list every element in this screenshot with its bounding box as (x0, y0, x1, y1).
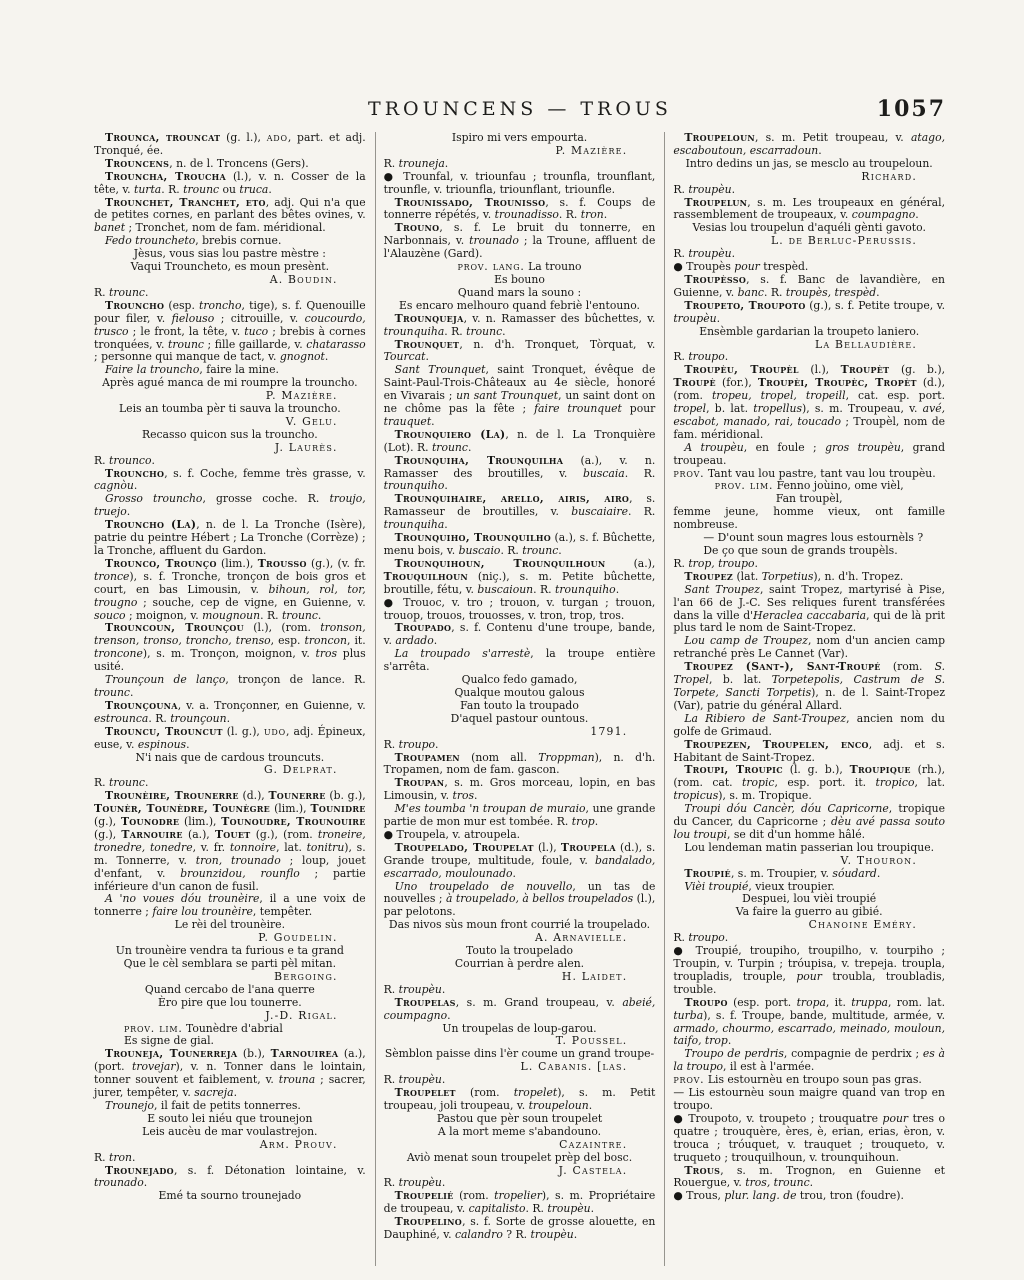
entry-paragraph: Troupado, s. f. Contenu d'une troupe, ba… (384, 622, 656, 648)
entry-paragraph: Troupeto, Troupoto (g.), s. f. Petite tr… (673, 300, 945, 326)
entry-paragraph: Trounquiha, Trounquilha (a.), v. n. Rama… (384, 455, 656, 494)
note-paragraph: ● Trouoc, v. tro ; trouon, v. turgan ; t… (384, 597, 656, 623)
entry-paragraph: Trounquihoun, Trounquilhoun (a.), Trouqu… (384, 558, 656, 597)
entry-paragraph: Trounquet, n. d'h. Tronquet, Tòrquat, v.… (384, 339, 656, 365)
entry-paragraph: Uno troupelado de nouvello, un tas de no… (384, 881, 656, 920)
entry-paragraph: Trous, s. m. Trognon, en Guienne et Roue… (673, 1165, 945, 1191)
attribution: Bergoing. (94, 971, 366, 984)
entry-paragraph: M'es toumba 'n troupan de muraio, une gr… (384, 803, 656, 829)
entry-paragraph: Trouno, s. f. Le bruit du tonnerre, en N… (384, 222, 656, 261)
verse-quote: Qualco fedo gamado, Qualque moutou galou… (384, 674, 656, 726)
entry-paragraph: Trounçoun de lanço, tronçon de lance. R.… (94, 674, 366, 700)
entry-paragraph: Trounca, trouncat (g. l.), ado, part. et… (94, 132, 366, 158)
note-paragraph: femme jeune, homme vieux, ont famille no… (673, 506, 945, 532)
entry-paragraph: Sant Troupez, saint Tropez, martyrisé à … (673, 584, 945, 636)
entry-paragraph: Trounçouna, v. a. Tronçonner, en Guienne… (94, 700, 366, 726)
dictionary-page: TROUNCENS — TROUS 1057 Trounca, trouncat… (0, 0, 1024, 1280)
entry-paragraph: La Ribiero de Sant-Troupez, ancien nom d… (673, 713, 945, 739)
proverb-block: prov. lim. Tounèdre d'abrial Es signe de… (124, 1023, 366, 1049)
verse-quote: Emé ta sourno trounejado (94, 1190, 366, 1203)
entry-paragraph: Trounèire, Trounerre (d.), Tounerre (b. … (94, 790, 366, 893)
entry-paragraph: Troupelas, s. m. Grand troupeau, v. abei… (384, 997, 656, 1023)
note-paragraph: ● Troupié, troupiho, troupilho, v. tourp… (673, 945, 945, 997)
verse-quote: Un trounèire vendra ta furious e ta gran… (94, 945, 366, 971)
verse-quote: Pastou que pèr soun troupelet A la mort … (384, 1113, 656, 1139)
entry-paragraph: Troupo (esp. port. tropa, it. truppa, ro… (673, 997, 945, 1049)
entry-paragraph: Troupelié (rom. tropelier), s. m. Propri… (384, 1190, 656, 1216)
entry-paragraph: Trouncoun, Trounçou (l.), (rom. tronson,… (94, 622, 366, 674)
entry-paragraph: Troupez (Sant-), Sant-Troupé (rom. S. Tr… (673, 661, 945, 713)
note-paragraph: ● Trous, plur. lang. de trou, tron (foud… (673, 1190, 945, 1203)
verse-quote: E souto lei niéu que trounejon Leis aucè… (94, 1113, 366, 1139)
column-left: Trounca, trouncat (g. l.), ado, part. et… (86, 132, 375, 1266)
entry-paragraph: Trounejo, il fait de petits tonnerres. (94, 1100, 366, 1113)
entry-paragraph: Trounquiho, Trounquilho (a.), s. f. Bûch… (384, 532, 656, 558)
verse-quote: Despuei, lou vièi troupié Va faire la gu… (673, 893, 945, 919)
attribution: Arm. Prouv. (94, 1139, 366, 1152)
verse-quote: Ensèmble gardarian la troupeto laniero. (673, 326, 945, 339)
entry-paragraph: Trounquihaire, arello, airis, airo, s. R… (384, 493, 656, 532)
column-right: Troupeloun, s. m. Petit troupeau, v. ata… (664, 132, 954, 1266)
entry-paragraph: Trounejado, s. f. Détonation lointaine, … (94, 1165, 366, 1191)
verse-quote: prov. lim. Fenno joùino, ome vièl, Fan t… (673, 480, 945, 506)
entry-paragraph: Troupan, s. m. Gros morceau, lopin, en b… (384, 777, 656, 803)
verse-quote: Recasso quicon sus la trouncho. (94, 429, 366, 442)
note-paragraph: ● Troupoto, v. troupeto ; trouquatre pou… (673, 1113, 945, 1165)
entry-paragraph: Troupamen (nom all. Troppman), n. d'h. T… (384, 752, 656, 778)
entry-paragraph: Trouneja, Tounerreja (b.), Tarnouirea (a… (94, 1048, 366, 1100)
entry-paragraph: Trounqueja, v. n. Ramasser des bûchettes… (384, 313, 656, 339)
entry-paragraph: Trounissado, Trounisso, s. f. Coups de t… (384, 197, 656, 223)
attribution: Cazaintre. (384, 1139, 656, 1152)
entry-paragraph: Troupèu, Troupèl (l.), Troupèt (g. b.), … (673, 364, 945, 441)
page-number: 1057 (877, 96, 946, 122)
entry-paragraph: Trouncho, s. f. Coche, femme très grasse… (94, 468, 366, 494)
note-paragraph: ● Trounfal, v. triounfau ; trounfla, tro… (384, 171, 656, 197)
entry-paragraph: Troupelado, Troupelat (l.), Troupela (d.… (384, 842, 656, 881)
verse-quote: Quand cercabo de l'ana querre Èro pire q… (94, 984, 366, 1010)
entry-paragraph: Troupi, Troupic (l. g. b.), Troupique (r… (673, 764, 945, 803)
entry-paragraph: Trounquiero (La), n. de l. La Tronquière… (384, 429, 656, 455)
entry-paragraph: Lou camp de Troupez, nom d'un ancien cam… (673, 635, 945, 661)
verse-quote: Ispiro mi vers empourta. (384, 132, 656, 145)
entry-paragraph: Troupèsso, s. f. Banc de lavandière, en … (673, 274, 945, 300)
verse-quote: Intro dedins un jas, se mesclo au troupe… (673, 158, 945, 171)
entry-paragraph: Sant Trounquet, saint Tronquet, évêque d… (384, 364, 656, 429)
entry-paragraph: Trounco, Trounço (lim.), Trousso (g.), (… (94, 558, 366, 623)
verse-quote: Lou lendeman matin passerian lou troupiq… (673, 842, 945, 855)
entry-paragraph: Trouncho (La), n. de l. La Tronche (Isèr… (94, 519, 366, 558)
entry-paragraph: Troupelet (rom. tropelet), s. m. Petit t… (384, 1087, 656, 1113)
entry-paragraph: A 'no voues dóu trounèire, il a une voix… (94, 893, 366, 919)
entry-paragraph: Troupi dóu Cancèr, dóu Capricorne, tropi… (673, 803, 945, 842)
entry-paragraph: Troupezen, Troupelen, enco, adj. et s. H… (673, 739, 945, 765)
column-middle: Ispiro mi vers empourta.P. Mazière.R. tr… (375, 132, 665, 1266)
entry-paragraph: Troupelun, s. m. Les troupeaux en généra… (673, 197, 945, 223)
entry-paragraph: Trouncha, Troucha (l.), v. n. Cosser de … (94, 171, 366, 197)
running-head: TROUNCENS — TROUS 1057 (88, 98, 952, 124)
note-paragraph: R. trouneja. (384, 158, 656, 171)
page-header-title: TROUNCENS — TROUS (88, 98, 952, 120)
proverb-block: — D'ount soun magres lous estournèls ? D… (703, 532, 945, 558)
verse-quote: Touto la troupelado Courrian à perdre al… (384, 945, 656, 971)
verse-quote: Leis an toumba pèr ti sauva la trouncho. (94, 403, 366, 416)
text-columns: Trounca, trouncat (g. l.), ado, part. et… (86, 132, 954, 1266)
note-paragraph: — Lis estournèu soun maigre quand van tr… (673, 1087, 945, 1113)
entry-paragraph: Troupeloun, s. m. Petit troupeau, v. ata… (673, 132, 945, 158)
entry-paragraph: Trouncho (esp. troncho, tige), s. f. Que… (94, 300, 366, 365)
verse-quote: prov. lang. La trouno Es bouno Quand mar… (384, 261, 656, 313)
entry-paragraph: Trouncu, Trouncut (l. g.), udo, adj. Épi… (94, 726, 366, 752)
entry-paragraph: Troupelino, s. f. Sorte de grosse alouet… (384, 1216, 656, 1242)
attribution: V. Gelu. (94, 416, 366, 429)
entry-paragraph: La troupado s'arrestè, la troupe entière… (384, 648, 656, 674)
verse-quote: Aviò menat soun troupelet prèp del bosc. (384, 1152, 656, 1165)
entry-paragraph: A troupèu, en foule ; gros troupèu, gran… (673, 442, 945, 468)
entry-paragraph: Grosso trouncho, grosse coche. R. troujo… (94, 493, 366, 519)
verse-quote: Jèsus, vous sias lou pastre mèstre : Vaq… (94, 248, 366, 274)
entry-paragraph: Troupo de perdris, compagnie de perdrix … (673, 1048, 945, 1074)
entry-paragraph: Trounchet, Tranchet, eto, adj. Qui n'a q… (94, 197, 366, 236)
